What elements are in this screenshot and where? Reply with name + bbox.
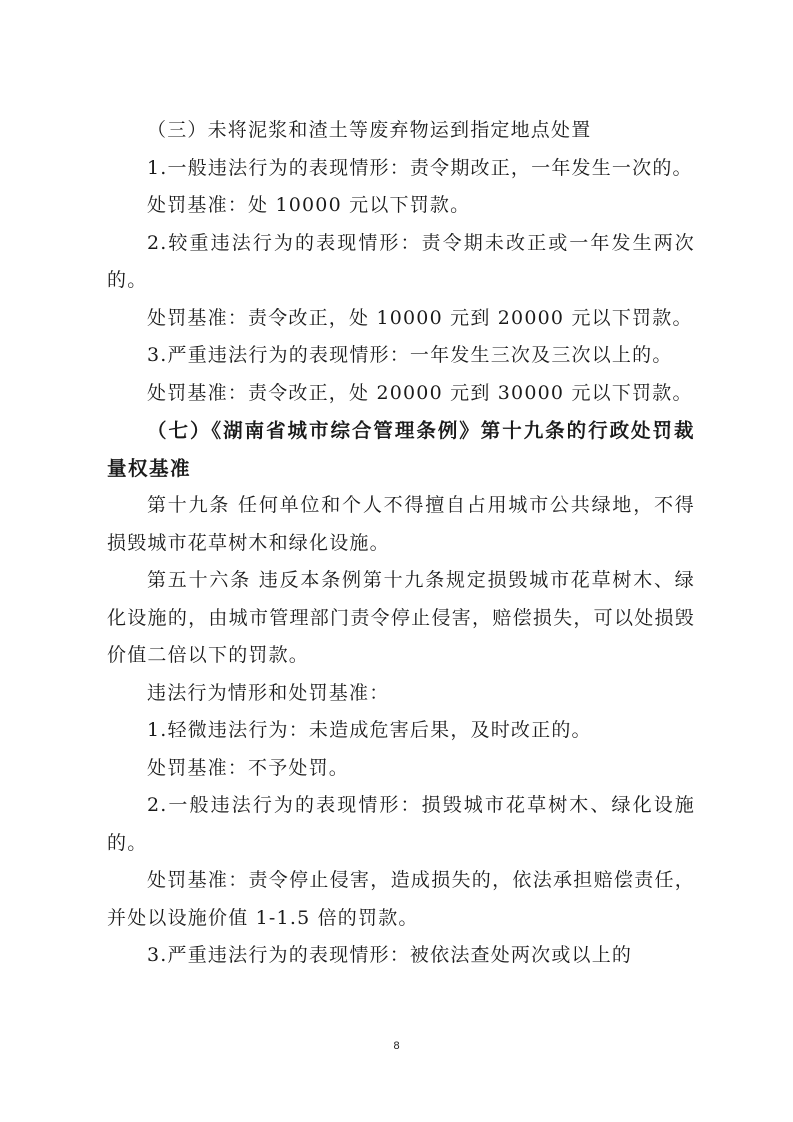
- document-page: （三）未将泥浆和渣土等废弃物运到指定地点处置 1.一般违法行为的表现情形：责令期…: [107, 112, 695, 975]
- penalty-standard: 处罚基准：责令改正，处 10000 元到 20000 元以下罚款。: [107, 300, 695, 338]
- item-general-violation: 1.一般违法行为的表现情形：责令期改正，一年发生一次的。: [107, 150, 695, 188]
- penalty-standard: 处罚基准：处 10000 元以下罚款。: [107, 187, 695, 225]
- page-number: 8: [0, 1040, 793, 1052]
- item-general-violation: 2.一般违法行为的表现情形：损毁城市花草树木、绿化设施的。: [107, 787, 695, 862]
- section-heading-7: （七）《湖南省城市综合管理条例》第十九条的行政处罚裁量权基准: [107, 412, 695, 487]
- article-19: 第十九条 任何单位和个人不得擅自占用城市公共绿地，不得损毁城市花草树木和绿化设施…: [107, 487, 695, 562]
- item-minor-violation: 1.轻微违法行为：未造成危害后果，及时改正的。: [107, 712, 695, 750]
- item-severe-violation: 3.严重违法行为的表现情形：一年发生三次及三次以上的。: [107, 337, 695, 375]
- penalty-standard: 处罚基准：责令停止侵害，造成损失的，依法承担赔偿责任，并处以设施价值 1-1.5…: [107, 862, 695, 937]
- item-serious-violation: 2.较重违法行为的表现情形：责令期未改正或一年发生两次的。: [107, 225, 695, 300]
- section-heading-3: （三）未将泥浆和渣土等废弃物运到指定地点处置: [107, 112, 695, 150]
- penalty-standard: 处罚基准：不予处罚。: [107, 750, 695, 788]
- penalty-standard: 处罚基准：责令改正，处 20000 元到 30000 元以下罚款。: [107, 375, 695, 413]
- violation-standards-label: 违法行为情形和处罚基准：: [107, 675, 695, 713]
- article-56: 第五十六条 违反本条例第十九条规定损毁城市花草树木、绿化设施的，由城市管理部门责…: [107, 562, 695, 675]
- item-severe-violation: 3.严重违法行为的表现情形：被依法查处两次或以上的: [107, 937, 695, 975]
